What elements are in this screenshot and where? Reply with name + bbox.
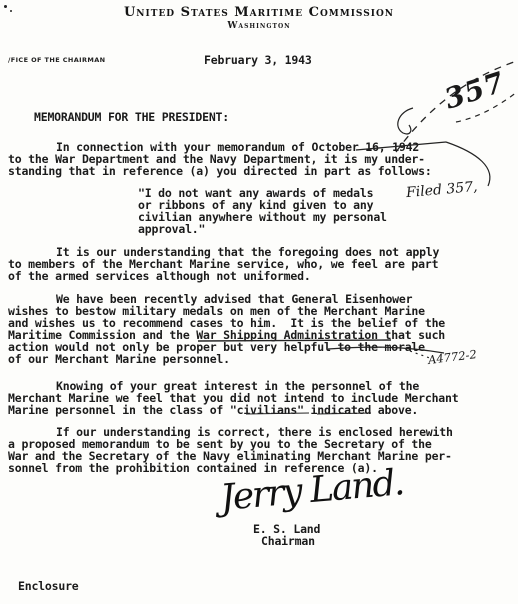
letterhead-city: Washington (0, 21, 518, 31)
typed-line: Marine personnel in the class of "civili… (8, 404, 513, 416)
paragraph-civilians: Knowing of your great interest in the pe… (8, 380, 513, 416)
handwritten-page-number: 357 (440, 65, 509, 115)
typed-line: of the armed services although not unifo… (8, 270, 513, 282)
letterhead-organization: United States Maritime Commission (0, 5, 518, 20)
letterhead-office-line: /FICE OF THE CHAIRMAN (8, 56, 106, 64)
signature-title: Chairman (261, 535, 315, 547)
paragraph-understanding: It is our understanding that the foregoi… (8, 246, 513, 282)
memo-salutation: MEMORANDUM FOR THE PRESIDENT: (34, 111, 229, 123)
letter-date: February 3, 1943 (204, 54, 312, 66)
enclosure-note: Enclosure (18, 580, 79, 592)
paragraph-reference: In connection with your memorandum of Oc… (8, 141, 513, 177)
typed-line: approval." (138, 223, 468, 235)
memo-document-page: United States Maritime Commission Washin… (0, 0, 518, 604)
typed-line: standing that in reference (a) you direc… (8, 165, 513, 177)
pen-loop-mark (398, 108, 413, 134)
